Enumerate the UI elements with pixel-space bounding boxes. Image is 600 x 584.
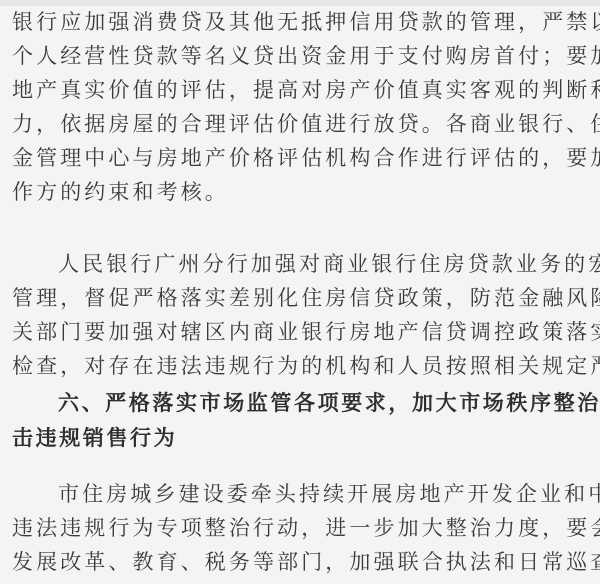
paragraph-2-line-2: 管理，督促严格落实差别化住房信贷政策，防范金融风险。各相 <box>12 284 592 312</box>
paragraph-3-line-2: 违法违规行为专项整治行动，进一步加大整治力度，要会同工商、 <box>12 514 592 542</box>
paragraph-1-line-4: 力，依据房屋的合理评估价值进行放贷。各商业银行、住房公积 <box>12 110 592 138</box>
section-heading-line-2: 击违规销售行为 <box>12 424 592 452</box>
paragraph-1-line-3: 地产真实价值的评估，提高对房产价值真实客观的判断和评估能 <box>12 76 592 104</box>
paragraph-2-line-1: 人民银行广州分行加强对商业银行住房贷款业务的宏观审慎 <box>58 250 600 278</box>
section-heading-line-1: 六、严格落实市场监管各项要求，加大市场秩序整治严厉打 <box>58 389 600 417</box>
paragraph-1-line-2: 个人经营性贷款等名义贷出资金用于支付购房首付；要加强对房 <box>12 42 592 70</box>
paragraph-1-line-6: 作方的约束和考核。 <box>12 178 592 206</box>
paragraph-1-line-1: 银行应加强消费贷及其他无抵押信用贷款的管理，严禁以消费贷、 <box>12 8 592 36</box>
paragraph-1-line-5: 金管理中心与房地产价格评估机构合作进行评估的，要加强对合 <box>12 144 592 172</box>
paragraph-3-line-1: 市住房城乡建设委牵头持续开展房地产开发企业和中介机构 <box>58 480 600 508</box>
paragraph-2-line-3: 关部门要加强对辖区内商业银行房地产信贷调控政策落实情况进行 <box>12 318 592 346</box>
paragraph-3-line-3: 发展改革、教育、税务等部门，加强联合执法和日常巡查力度， <box>12 548 592 576</box>
bleed-through-text <box>150 204 400 222</box>
scanned-document-page: 银行应加强消费贷及其他无抵押信用贷款的管理，严禁以消费贷、 个人经营性贷款等名义… <box>0 0 600 584</box>
paragraph-2-line-4: 检查，对存在违法违规行为的机构和人员按照相关规定严肃问责。 <box>12 352 592 380</box>
